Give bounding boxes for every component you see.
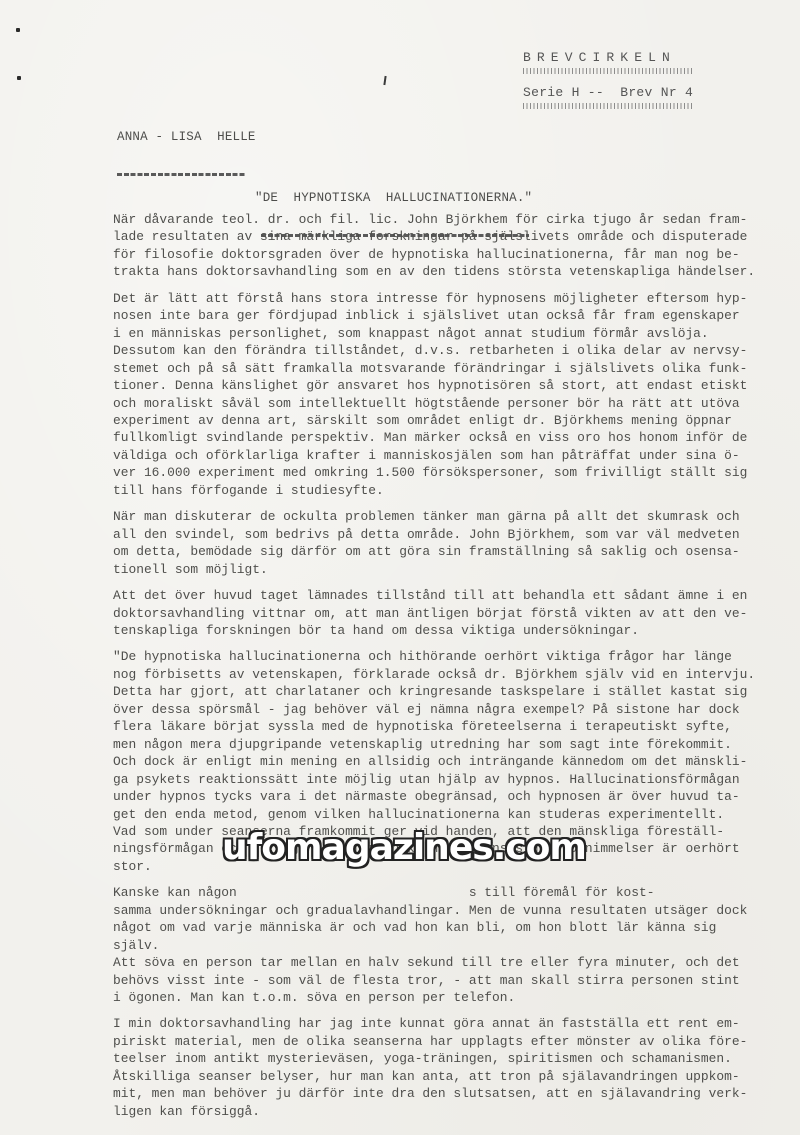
stray-ink-mark — [383, 76, 386, 85]
text-line: mit, men man behöver ju därför inte dra … — [113, 1085, 800, 1102]
text-line: När man diskuterar de ockulta problemen … — [113, 508, 800, 525]
punch-hole-mark — [17, 76, 21, 80]
text-line: om detta, bemödade sig därför om att gör… — [113, 543, 800, 560]
text-line: samma undersökningar och gradualavhandli… — [113, 902, 800, 919]
paragraph: Att söva en person tar mellan en halv se… — [113, 954, 800, 1006]
text-line: När dåvarande teol. dr. och fil. lic. Jo… — [113, 211, 800, 228]
text-line: Kanske kan någon s till föremål för kost… — [113, 884, 800, 901]
paragraph: Att det över huvud taget lämnades tillst… — [113, 587, 800, 639]
series-line: Serie H -- Brev Nr 4 — [523, 85, 693, 101]
text-line: fullkomligt svindlande perspektiv. Man m… — [113, 429, 800, 446]
text-line: tioner. Denna känslighet gör ansvaret ho… — [113, 377, 800, 394]
text-line: i ögonen. Man kan t.o.m. söva en person … — [113, 989, 800, 1006]
paragraph: När dåvarande teol. dr. och fil. lic. Jo… — [113, 211, 800, 281]
dashed-underline — [117, 173, 245, 176]
text-line: för filosofie doktorsgraden över de hypn… — [113, 246, 800, 263]
text-line: och moraliskt såväl som intellektuellt h… — [113, 395, 800, 412]
text-line: väldiga och oförklarliga krafter i manni… — [113, 447, 800, 464]
author-name: ANNA - LISA HELLE — [117, 130, 256, 144]
watermark: ufomagazines.com — [222, 826, 586, 870]
text-line: till hans förfogande i studiesyfte. — [113, 482, 800, 499]
tick-underline — [523, 103, 693, 109]
text-line: Dessutom kan den förändra tillståndet, d… — [113, 342, 800, 359]
text-line: under hypnos tycks vara i det närmaste o… — [113, 788, 800, 805]
text-line: ga psykets reaktionssätt inte möjlig uta… — [113, 771, 800, 788]
text-line: experiment av denna art, särskilt som om… — [113, 412, 800, 429]
text-line: teelser inom antikt mysterieväsen, yoga-… — [113, 1050, 800, 1067]
text-line: själv. — [113, 937, 800, 954]
text-line: men någon mera djupgripande vetenskaplig… — [113, 736, 800, 753]
letterhead: BREVCIRKELN Serie H -- Brev Nr 4 — [523, 50, 693, 109]
paragraph: Det är lätt att förstå hans stora intres… — [113, 290, 800, 499]
text-line: nog förbisetts av vetenskapen, förklarad… — [113, 666, 800, 683]
paragraph: I min doktorsavhandling har jag inte kun… — [113, 1015, 800, 1120]
text-line: något om vad varje människa är och vad h… — [113, 919, 800, 936]
text-line: nosen inte bara ger fördjupad inblick i … — [113, 307, 800, 324]
document-title: "DE HYPNOTISKA HALLUCINATIONERNA." — [255, 191, 532, 205]
text-line: över dessa spörsmål - jag behöver väl ej… — [113, 701, 800, 718]
text-line: "De hypnotiska hallucinationerna och hit… — [113, 648, 800, 665]
text-line: stemet och på så sätt framkalla motsvara… — [113, 360, 800, 377]
text-line: get den enda metod, genom vilken halluci… — [113, 806, 800, 823]
text-line: Att det över huvud taget lämnades tillst… — [113, 587, 800, 604]
tick-underline — [523, 68, 693, 74]
paragraph: När man diskuterar de ockulta problemen … — [113, 508, 800, 578]
text-line: Detta har gjort, att charlataner och kri… — [113, 683, 800, 700]
text-line: trakta hans doktorsavhandling som en av … — [113, 263, 800, 280]
text-line: doktorsavhandling vittnar om, att man än… — [113, 605, 800, 622]
text-line: lade resultaten av sina märkliga forskni… — [113, 228, 800, 245]
text-line: Åtskilliga seanser belyser, hur man kan … — [113, 1068, 800, 1085]
text-line: tenskapliga forskningen bör ta hand om d… — [113, 622, 800, 639]
text-line: ligen kan försiggå. — [113, 1103, 800, 1120]
text-line: ver 16.000 experiment med omkring 1.500 … — [113, 464, 800, 481]
author-name-block: ANNA - LISA HELLE — [117, 102, 256, 204]
paragraph: Kanske kan någon s till föremål för kost… — [113, 884, 800, 954]
body-text: När dåvarande teol. dr. och fil. lic. Jo… — [113, 211, 800, 1129]
text-line: Att söva en person tar mellan en halv se… — [113, 954, 800, 971]
text-line: i en människas personlighet, som knappas… — [113, 325, 800, 342]
text-line: all den svindel, som bedrivs på detta om… — [113, 526, 800, 543]
publication-name: BREVCIRKELN — [523, 50, 693, 66]
text-line: I min doktorsavhandling har jag inte kun… — [113, 1015, 800, 1032]
text-line: piriskt material, men de olika seanserna… — [113, 1033, 800, 1050]
text-line: flera läkare börjat syssla med de hypnot… — [113, 718, 800, 735]
text-line: tionell som möjligt. — [113, 561, 800, 578]
text-line: Och dock är enligt min mening en allsidi… — [113, 753, 800, 770]
text-line: behövs visst inte - som väl de flesta tr… — [113, 972, 800, 989]
punch-hole-mark — [16, 28, 20, 32]
document-page: BREVCIRKELN Serie H -- Brev Nr 4 ANNA - … — [0, 0, 800, 1135]
text-line: Det är lätt att förstå hans stora intres… — [113, 290, 800, 307]
